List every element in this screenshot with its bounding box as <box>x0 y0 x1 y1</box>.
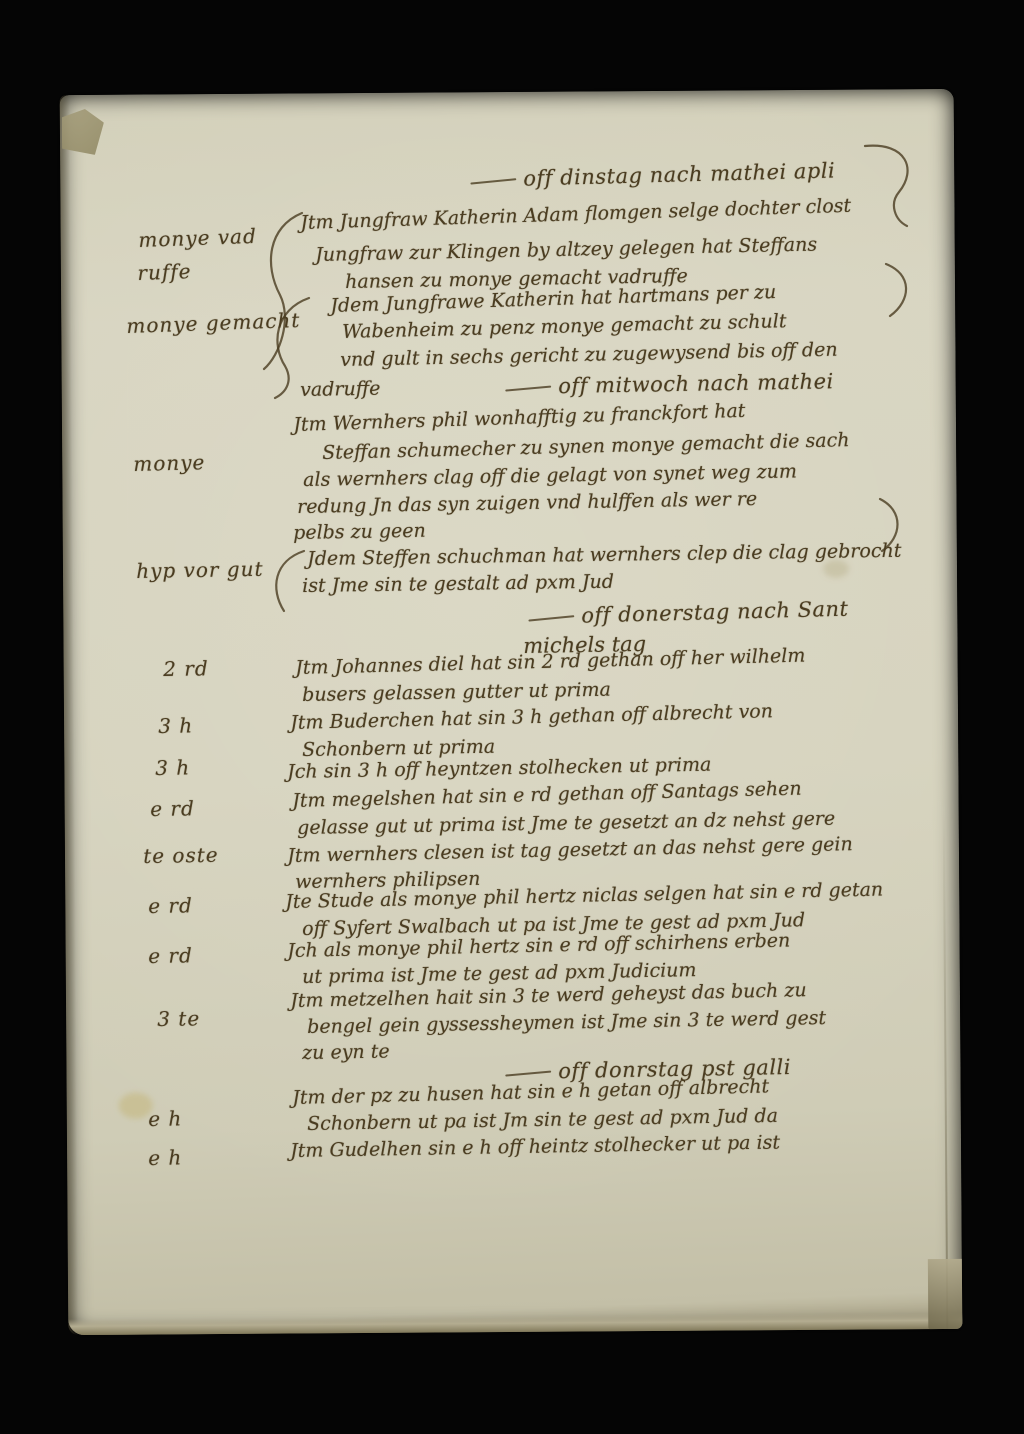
page-left-edge <box>60 95 79 1335</box>
paper-stain <box>119 1093 153 1119</box>
manuscript-photo: off dinstag nach mathei aplioff mitwoch … <box>0 0 1024 1434</box>
page-bottom-edge <box>68 1313 962 1335</box>
paper-stain <box>823 560 849 578</box>
under-page-corner <box>928 1259 962 1329</box>
worn-corner <box>62 109 104 155</box>
page-crease <box>943 808 949 1329</box>
parchment-page <box>60 89 963 1335</box>
